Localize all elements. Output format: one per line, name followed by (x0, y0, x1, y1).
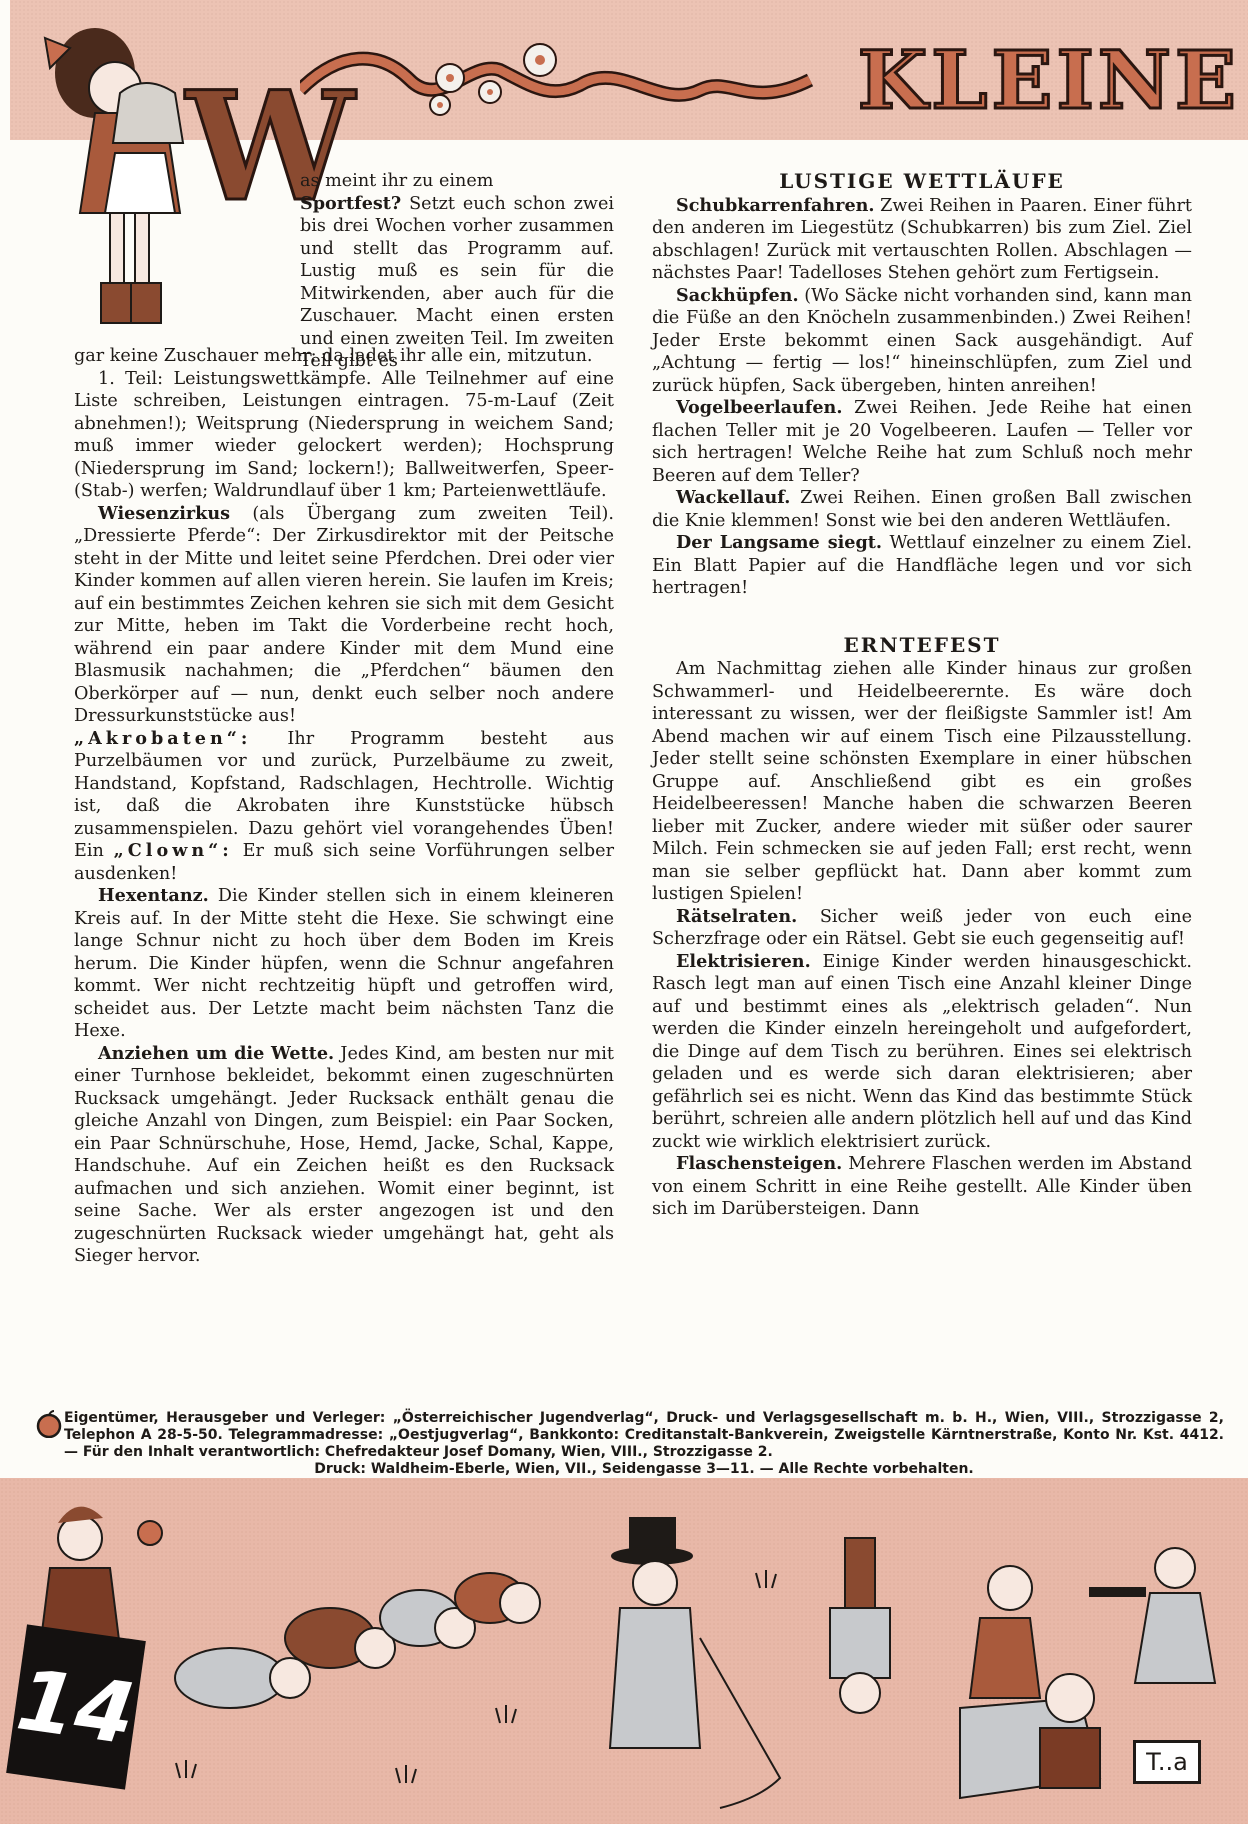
paragraph-lead: Wackellauf. (676, 487, 790, 508)
paragraph-wackellauf: Wackellauf. Zwei Reihen. Einen großen Ba… (652, 487, 1192, 532)
imprint-printer: Druck: Waldheim-Eberle, Wien, VII., Seid… (64, 1461, 1224, 1478)
page-title: KLEINE (858, 40, 1240, 120)
paragraph-lead: Schubkarrenfahren. (676, 195, 875, 216)
paragraph-erntefest-intro: Am Nachmittag ziehen alle Kinder hinaus … (652, 658, 1192, 906)
imprint-publisher: Eigentümer, Herausgeber und Verleger: „Ö… (64, 1410, 1224, 1461)
paragraph-text: 1. Teil: Leistungswettkämpfe. Alle Teiln… (74, 369, 614, 502)
right-column: LUSTIGE WETTLÄUFE Schubkarrenfahren. Zwe… (652, 170, 1192, 1221)
paragraph-wiesenzirkus: Wiesenzirkus (als Übergang zum zweiten T… (74, 503, 614, 728)
children-playing-illustration-icon (0, 1478, 1248, 1824)
paragraph-elektrisieren: Elektrisieren. Einige Kinder werden hina… (652, 951, 1192, 1154)
paragraph-akrobaten: „Akrobaten“: Ihr Programm besteht aus Pu… (74, 728, 614, 886)
paragraph-text: Am Nachmittag ziehen alle Kinder hinaus … (652, 659, 1192, 904)
paragraph-text: Die Kinder stellen sich in einem kleiner… (74, 886, 614, 1041)
intro-paragraph: as meint ihr zu einem Sportfest? Setzt e… (210, 170, 614, 373)
publisher-imprint: Eigentümer, Herausgeber und Verleger: „Ö… (40, 1410, 1224, 1478)
paragraph-lead: Flaschensteigen. (676, 1153, 842, 1174)
paragraph-sackhuepfen: Sackhüpfen. (Wo Säcke nicht vorhanden si… (652, 285, 1192, 398)
paragraph-vogelbeer: Vogelbeerlaufen. Zwei Reihen. Jede Reihe… (652, 397, 1192, 487)
paragraph-lead: Vogelbeerlaufen. (676, 397, 842, 418)
paragraph-anziehen: Anziehen um die Wette. Jedes Kind, am be… (74, 1043, 614, 1268)
paragraph-lead: Elektrisieren. (676, 951, 811, 972)
left-column: gar keine Zuschauer mehr; da ladet ihr a… (74, 345, 614, 1268)
paragraph-text: Einige Kinder werden hinausgeschickt. Ra… (652, 952, 1192, 1152)
paragraph-text: Jedes Kind, am besten nur mit einer Turn… (74, 1044, 614, 1267)
section-heading-erntefest: ERNTEFEST (652, 634, 1192, 657)
paragraph-schubkarren: Schubkarrenfahren. Zwei Reihen in Paaren… (652, 195, 1192, 285)
paragraph-lead-clown: „Clown“: (114, 840, 233, 861)
paragraph-lead: „Akrobaten“: (74, 728, 251, 749)
paragraph-lead: Wiesenzirkus (98, 503, 230, 524)
paragraph-lead: Hexentanz. (98, 885, 209, 906)
paragraph-flaschensteigen: Flaschensteigen. Mehrere Flaschen werden… (652, 1153, 1192, 1221)
paragraph-lead: Sackhüpfen. (676, 285, 799, 306)
intro-bold-term: Sportfest? (300, 193, 401, 214)
girl-with-cake-illustration-icon (35, 18, 205, 338)
paragraph-leistungswettkaempfe: 1. Teil: Leistungswettkämpfe. Alle Teiln… (74, 368, 614, 503)
paragraph-lead: Rätselraten. (676, 906, 797, 927)
paragraph-hexentanz: Hexentanz. Die Kinder stellen sich in ei… (74, 885, 614, 1043)
paragraph-lead: Der Langsame siegt. (676, 532, 882, 553)
intro-dropcap-rest: as meint ihr zu einem (300, 171, 493, 191)
page-number-sign: 14 (6, 1624, 146, 1789)
paragraph-lead: Anziehen um die Wette. (98, 1043, 334, 1064)
paragraph-raetselraten: Rätselraten. Sicher weiß jeder von euch … (652, 906, 1192, 951)
paragraph-langsame: Der Langsame siegt. Wettlauf einzelner z… (652, 532, 1192, 600)
intro-continuation: gar keine Zuschauer mehr; da ladet ihr a… (74, 345, 614, 368)
paragraph-text: (als Übergang zum zweiten Teil). „Dressi… (74, 504, 614, 727)
artist-signature: T..a (1133, 1740, 1201, 1784)
ribbon-flower-garland-icon (300, 30, 820, 140)
section-heading-wettlaeufe: LUSTIGE WETTLÄUFE (652, 170, 1192, 193)
